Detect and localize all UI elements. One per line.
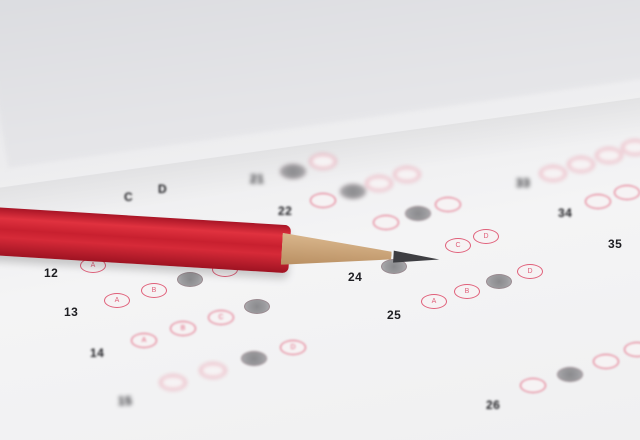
bubble-15-b[interactable] [200,363,226,378]
bubble-25-d[interactable]: D [517,264,543,279]
bubble-34-b[interactable] [614,185,640,200]
bubble-33-b[interactable] [568,157,594,172]
bubble-33-c[interactable] [596,148,622,163]
bubble-22-b-filled[interactable] [340,184,366,199]
bubble-24-d[interactable]: D [473,229,499,244]
bubble-15-a[interactable] [160,375,186,390]
question-number: 25 [387,308,401,322]
bubble-34-a[interactable] [585,194,611,209]
bubble-26-a[interactable] [520,378,546,393]
red-pencil [0,195,462,304]
question-number: 33 [516,176,530,190]
bubble-26-b-filled[interactable] [557,367,583,382]
question-number: 13 [64,305,78,319]
question-number: 21 [250,172,264,186]
header-letter: D [158,182,167,196]
bubble-13-d-filled[interactable] [244,299,270,314]
bubble-14-b[interactable]: B [170,321,196,336]
bubble-33-a[interactable] [540,166,566,181]
bubble-21-b[interactable] [310,154,336,169]
bubble-14-c[interactable]: C [208,310,234,325]
question-number: 35 [608,237,622,251]
question-number: 26 [486,398,500,412]
photo-scene: C D 12 A 13 A B 14 A B C D 15 21 22 C D … [0,0,640,440]
bubble-14-d[interactable]: D [280,340,306,355]
bubble-13-a[interactable]: A [104,293,130,308]
header-letter: C [124,190,133,204]
bubble-22-c[interactable] [366,176,392,191]
bubble-25-b[interactable]: B [454,284,480,299]
bubble-14-a[interactable]: A [131,333,157,348]
bubble-21-a-filled[interactable] [280,164,306,179]
bubble-22-d[interactable] [394,167,420,182]
question-number: 34 [558,206,572,220]
bubble-33-d[interactable] [622,140,640,155]
bubble-22-a2[interactable] [310,193,336,208]
pencil-lead [393,251,440,266]
pencil-body [0,207,291,273]
bubble-23-c-filled[interactable] [405,206,431,221]
bubble-23-d[interactable] [435,197,461,212]
bubble-25-c-filled[interactable] [486,274,512,289]
bubble-26-c[interactable] [593,354,619,369]
question-number: 15 [118,394,132,408]
pencil-wood-tip [281,233,393,272]
bubble-26-d[interactable] [624,342,640,357]
question-number: 14 [90,346,104,360]
bubble-15-c-filled[interactable] [241,351,267,366]
